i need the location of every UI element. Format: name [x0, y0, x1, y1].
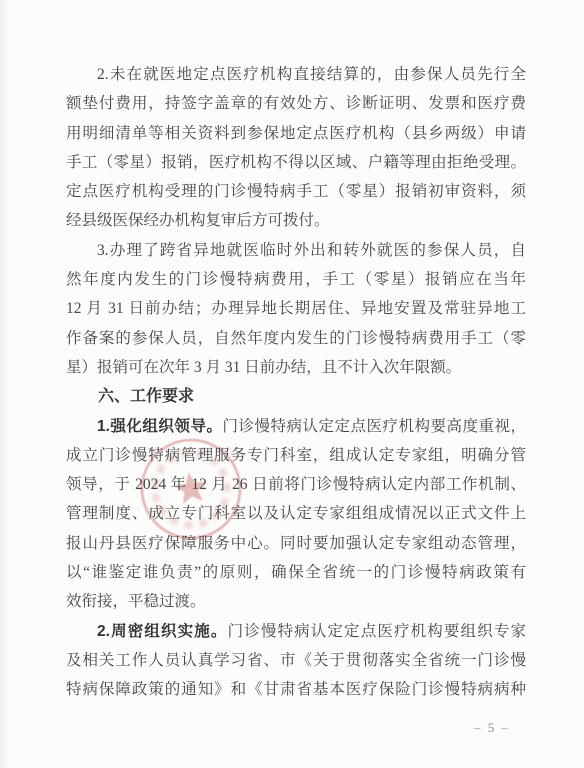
run-in-heading: 2.周密组织实施。 [97, 623, 228, 640]
scan-shadow-left-edge [0, 0, 10, 768]
document-line: 及相关工作人员认真学习省、市《关于贯彻落实全省统一门诊慢 [66, 646, 526, 675]
document-line: 效衔接，平稳过渡。 [66, 587, 526, 616]
document-line: 然年度内发生的门诊慢特病费用，手工（零星）报销应在当年 [66, 265, 526, 294]
document-line: 管理制度、成立专门科室以及认定专家组组成情况以正式文件上 [66, 499, 526, 528]
document-line: 成立门诊慢特病管理服务专门科室，组成认定专家组，明确分管 [66, 441, 526, 470]
document-line: 12 月 31 日前办结；办理异地长期居住、异地安置及常驻异地工 [66, 294, 526, 323]
document-line: 星）报销可在次年 3 月 31 日前办结，且不计入次年限额。 [66, 353, 526, 382]
run-in-heading: 1.强化组织领导。 [97, 418, 222, 435]
document-line: 1.强化组织领导。门诊慢特病认定定点医疗机构要高度重视， [66, 412, 526, 441]
document-line: 手工（零星）报销，医疗机构不得以区域、户籍等理由拒绝受理。 [66, 148, 526, 177]
document-line: 作备案的参保人员，自然年度内发生的门诊慢特病费用手工（零 [66, 324, 526, 353]
document-line: 定点医疗机构受理的门诊慢特病手工（零星）报销初审资料，须 [66, 177, 526, 206]
section-heading: 六、工作要求 [66, 382, 526, 411]
document-line: 领导，于 2024 年 12 月 26 日前将门诊慢特病认定内部工作机制、 [66, 470, 526, 499]
document-line: 3.办理了跨省异地就医临时外出和转外就医的参保人员，自 [66, 236, 526, 265]
document-line: 经县级医保经办机构复审后方可拨付。 [66, 206, 526, 235]
document-line: 2.周密组织实施。门诊慢特病认定定点医疗机构要组织专家 [66, 617, 526, 646]
document-line: 以“谁鉴定谁负责”的原则，确保全省统一的门诊慢特病政策有 [66, 558, 526, 587]
document-line: 2.未在就医地定点医疗机构直接结算的，由参保人员先行全 [66, 60, 526, 89]
document-text-block: 2.未在就医地定点医疗机构直接结算的，由参保人员先行全额垫付费用，持签字盖章的有… [66, 60, 526, 705]
document-line: 特病保障政策的通知》和《甘肃省基本医疗保险门诊慢特病病种 [66, 675, 526, 704]
page-number: – 5 – [474, 720, 510, 736]
document-line: 额垫付费用，持签字盖章的有效处方、诊断证明、发票和医疗费 [66, 89, 526, 118]
document-line: 用明细清单等相关资料到参保地定点医疗机构（县乡两级）申请 [66, 119, 526, 148]
scanned-document-page: { "theme": { "ink_color": "#454545", "he… [0, 0, 584, 768]
document-line: 报山丹县医疗保障服务中心。同时要加强认定专家组动态管理， [66, 529, 526, 558]
